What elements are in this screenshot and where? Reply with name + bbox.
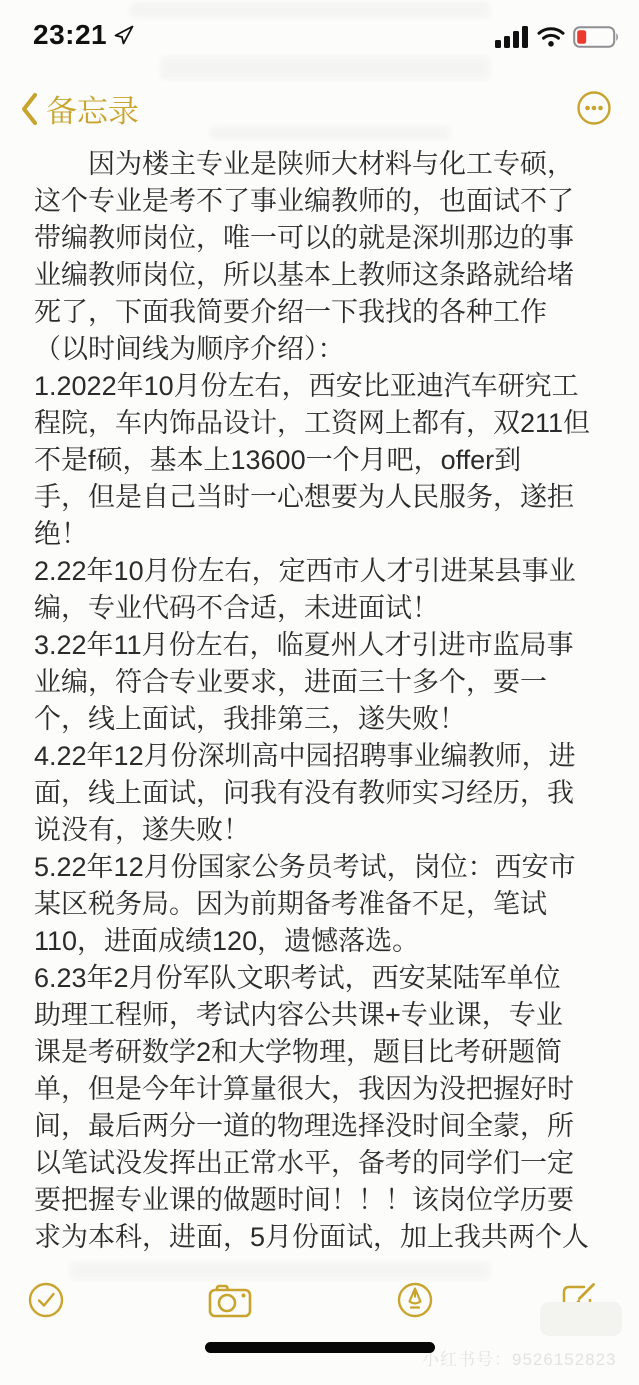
camera-button[interactable] bbox=[206, 1272, 256, 1328]
note-content[interactable]: 因为楼主专业是陕师大材料与化工专硕， 这个专业是考不了事业编教师的，也面试不了 … bbox=[34, 146, 626, 1256]
xiaohongshu-logo-watermark bbox=[540, 1302, 622, 1336]
more-button[interactable] bbox=[575, 89, 613, 127]
home-indicator[interactable] bbox=[205, 1342, 435, 1353]
checklist-icon bbox=[26, 1280, 66, 1320]
checklist-button[interactable] bbox=[21, 1272, 71, 1328]
back-button[interactable]: 备忘录 bbox=[20, 86, 139, 131]
location-arrow-icon bbox=[113, 24, 135, 46]
back-button-label: 备忘录 bbox=[46, 86, 139, 131]
camera-icon bbox=[208, 1280, 254, 1320]
ellipsis-circle-icon bbox=[575, 114, 613, 131]
markup-button[interactable] bbox=[390, 1272, 440, 1328]
wifi-icon bbox=[537, 27, 565, 48]
watermark-id-label: 小红书号：9526152823 bbox=[422, 1345, 617, 1370]
cellular-signal-icon bbox=[495, 26, 529, 48]
battery-icon bbox=[573, 26, 619, 48]
notes-app-screen: 23:21 bbox=[0, 0, 639, 1385]
nav-bar: 备忘录 bbox=[0, 86, 639, 138]
markup-pen-icon bbox=[395, 1280, 435, 1320]
clock-time: 23:21 bbox=[33, 19, 107, 51]
back-chevron-icon bbox=[20, 92, 38, 126]
status-bar: 23:21 bbox=[0, 0, 639, 60]
